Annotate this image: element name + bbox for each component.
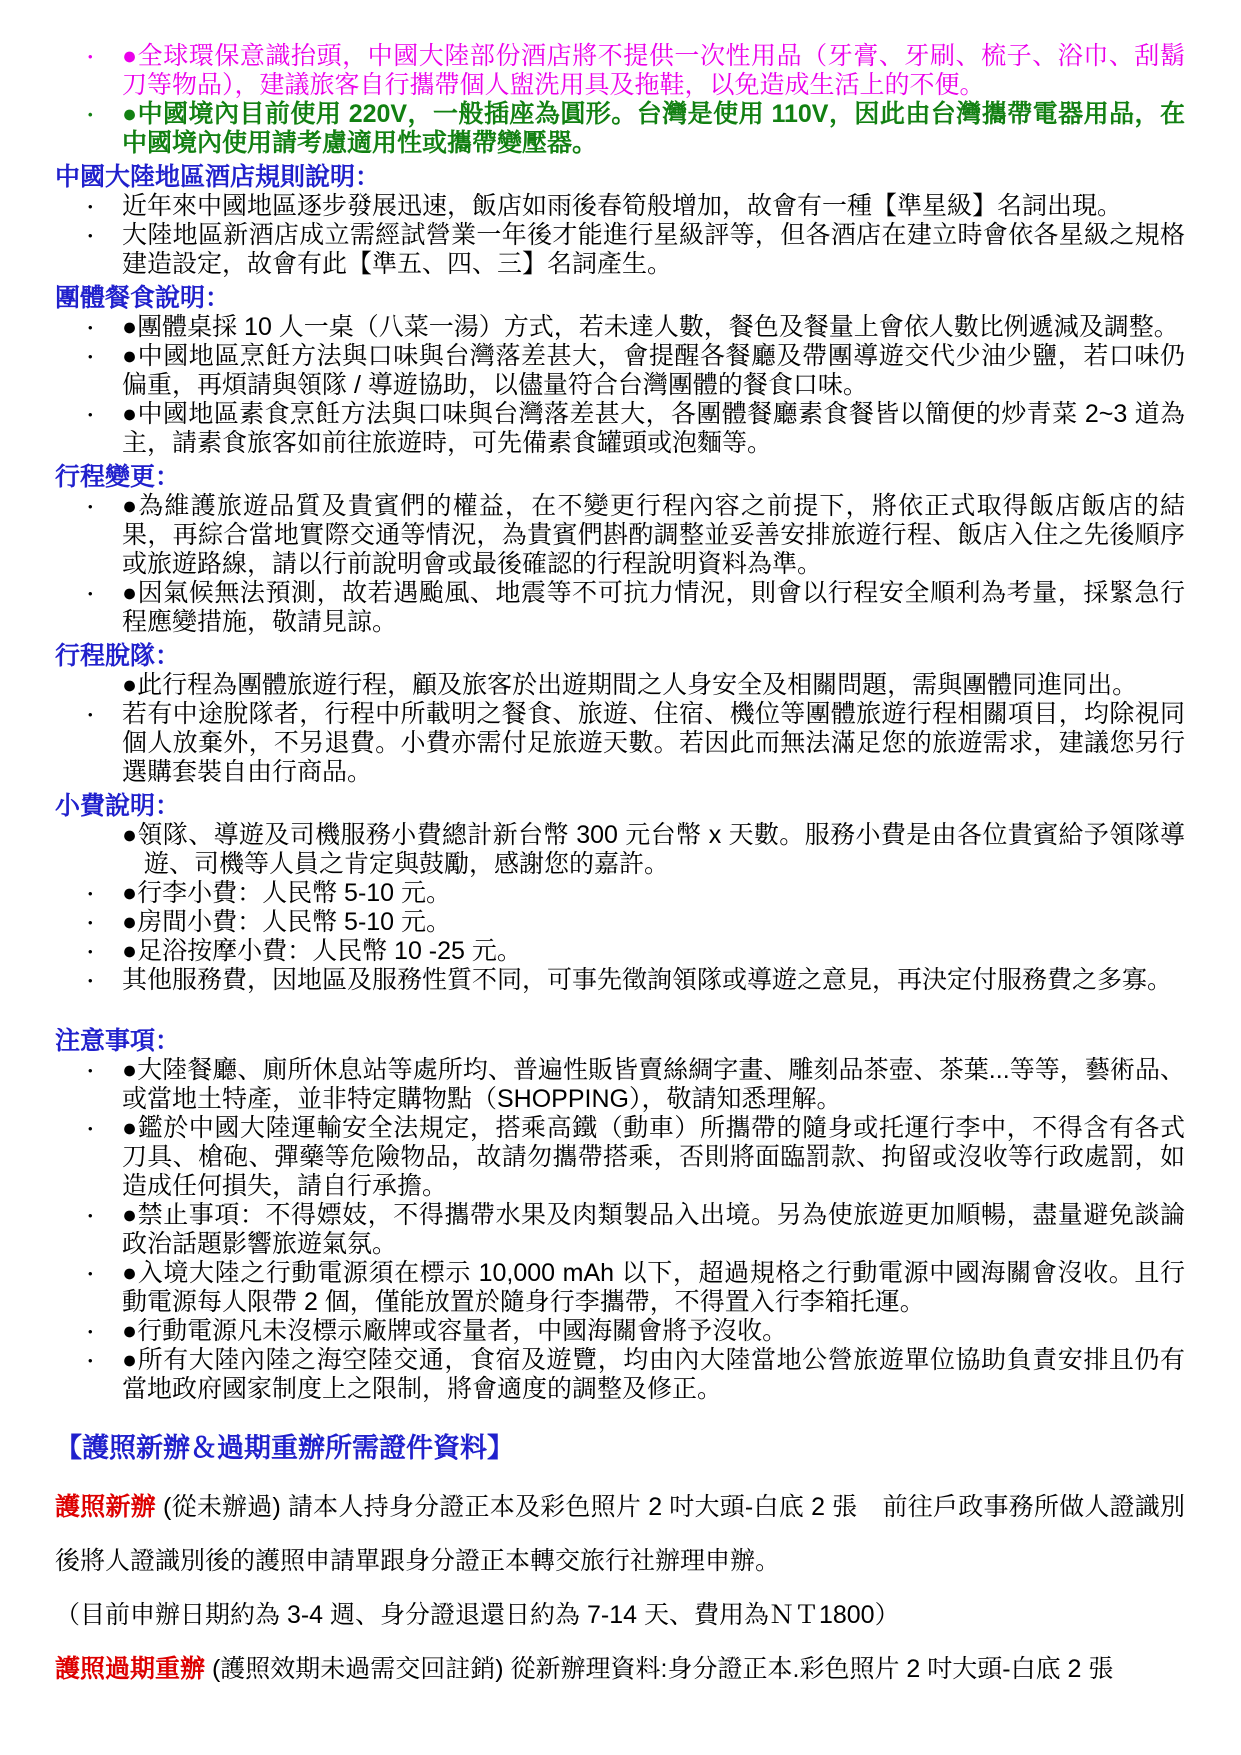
lead-paragraph: ●此行程為團體旅遊行程，顧及旅客於出遊期間之人身安全及相關問題，需與團體同進同出… [122,671,1185,700]
passport-new-text: (從未辦過) 請本人持身分證正本及彩色照片 2 吋大頭-白底 2 張 前往戶政事… [55,1493,1185,1575]
bullet-item: • ●為維護旅遊品質及貴賓們的權益，在不變更行程內容之前提下，將依正式取得飯店飯… [55,492,1185,579]
item-text: ●入境大陸之行動電源須在標示 10,000 mAh 以下，超過規格之行動電源中國… [122,1259,1185,1317]
item-text: ●大陸餐廳、廁所休息站等處所均、普遍性販皆賣絲綢字畫、雕刻品茶壺、茶葉...等等… [122,1056,1185,1114]
bullet-dot: • [88,966,122,995]
bullet-item: • 若有中途脫隊者，行程中所載明之餐食、旅遊、住宿、機位等團體旅遊行程相關項目，… [55,700,1185,787]
item-text: ●所有大陸內陸之海空陸交通，食宿及遊覽，均由內大陸當地公營旅遊單位協助負責安排且… [122,1346,1185,1404]
bullet-dot: • [88,342,122,400]
item-text: 近年來中國地區逐步發展迅速，飯店如雨後春筍般增加，故會有一種【準星級】名詞出現。 [122,192,1185,221]
bullet-item: • 大陸地區新酒店成立需經試營業一年後才能進行星級評等，但各酒店在建立時會依各星… [55,221,1185,279]
bullet-dot: • [88,221,122,279]
item-text: 若有中途脫隊者，行程中所載明之餐食、旅遊、住宿、機位等團體旅遊行程相關項目，均除… [122,700,1185,787]
bullet-item: • ●中國地區素食烹飪方法與口味與台灣落差甚大，各團體餐廳素食餐皆以簡便的炒青菜… [55,400,1185,458]
bullet-dot: • [88,100,122,158]
bullet-item: • ●足浴按摩小費：人民幣 10 -25 元。 [55,937,1185,966]
bullet-item: • ●因氣候無法預測，故若遇颱風、地震等不可抗力情況，則會以行程安全順利為考量，… [55,579,1185,637]
section-itinerary-change: 行程變更： • ●為維護旅遊品質及貴賓們的權益，在不變更行程內容之前提下，將依正… [55,463,1185,637]
bullet-dot: • [88,1056,122,1114]
bullet-item: • ●團體桌採 10 人一桌（八菜一湯）方式，若未達人數，餐色及餐量上會依人數比… [55,313,1185,342]
bullet-dot: • [88,579,122,637]
bullet-dot: • [88,313,122,342]
section-leaving-group: 行程脫隊： ●此行程為團體旅遊行程，顧及旅客於出遊期間之人身安全及相關問題，需與… [55,642,1185,787]
section-heading: 行程脫隊： [55,642,1185,671]
bullet-item: • ●中國地區烹飪方法與口味與台灣落差甚大，會提醒各餐廳及帶團導遊交代少油少鹽，… [55,342,1185,400]
bullet-dot: • [88,400,122,458]
bullet-dot: • [88,192,122,221]
bullet-item: • ●鑑於中國大陸運輸安全法規定，搭乘高鐵（動車）所攜帶的隨身或托運行李中，不得… [55,1114,1185,1201]
bullet-dot: • [88,42,122,100]
bullet-item: • 其他服務費，因地區及服務性質不同，可事先徵詢領隊或導遊之意見，再決定付服務費… [55,966,1185,995]
passport-renew-paragraph: 護照過期重辦 (護照效期未過需交回註銷) 從新辦理資料:身分證正本.彩色照片 2… [55,1642,1185,1696]
item-text: ●因氣候無法預測，故若遇颱風、地震等不可抗力情況，則會以行程安全順利為考量，採緊… [122,579,1185,637]
bullet-dot: • [88,908,122,937]
bullet-item: • ●入境大陸之行動電源須在標示 10,000 mAh 以下，超過規格之行動電源… [55,1259,1185,1317]
bullet-item: • ●大陸餐廳、廁所休息站等處所均、普遍性販皆賣絲綢字畫、雕刻品茶壺、茶葉...… [55,1056,1185,1114]
bullet-dot: • [88,700,122,787]
item-text: ●行李小費：人民幣 5-10 元。 [122,879,1185,908]
passport-renew-text: (護照效期未過需交回註銷) 從新辦理資料:身分證正本.彩色照片 2 吋大頭-白底… [205,1655,1113,1683]
section-heading: 注意事項： [55,1027,1185,1056]
item-text: ●鑑於中國大陸運輸安全法規定，搭乘高鐵（動車）所攜帶的隨身或托運行李中，不得含有… [122,1114,1185,1201]
passport-new-label: 護照新辦 [55,1493,156,1521]
bullet-item: • ●禁止事項：不得嫖妓，不得攜帶水果及肉類製品入出境。另為使旅遊更加順暢，盡量… [55,1201,1185,1259]
bullet-dot: • [88,1346,122,1404]
passport-title: 【護照新辦＆過期重辦所需證件資料】 [55,1430,1185,1466]
passport-section: 【護照新辦＆過期重辦所需證件資料】 護照新辦 (從未辦過) 請本人持身分證正本及… [55,1430,1185,1696]
bullet-item: • 近年來中國地區逐步發展迅速，飯店如雨後春筍般增加，故會有一種【準星級】名詞出… [55,192,1185,221]
item-text: ●禁止事項：不得嫖妓，不得攜帶水果及肉類製品入出境。另為使旅遊更加順暢，盡量避免… [122,1201,1185,1259]
bullet-dot: • [88,937,122,966]
notice-item-eco: • ●全球環保意識抬頭，中國大陸部份酒店將不提供一次性用品（牙膏、牙刷、梳子、浴… [55,42,1185,100]
section-heading: 團體餐食說明： [55,284,1185,313]
item-text: ●中國地區烹飪方法與口味與台灣落差甚大，會提醒各餐廳及帶團導遊交代少油少鹽，若口… [122,342,1185,400]
bullet-dot: • [88,492,122,579]
bullet-item: • ●所有大陸內陸之海空陸交通，食宿及遊覽，均由內大陸當地公營旅遊單位協助負責安… [55,1346,1185,1404]
bullet-item: • ●房間小費：人民幣 5-10 元。 [55,908,1185,937]
item-text: ●房間小費：人民幣 5-10 元。 [122,908,1185,937]
item-text: 其他服務費，因地區及服務性質不同，可事先徵詢領隊或導遊之意見，再決定付服務費之多… [122,966,1185,995]
notice-item-voltage: • ●中國境內目前使用 220V，一般插座為圓形。台灣是使用 110V，因此由台… [55,100,1185,158]
bullet-dot: • [88,1317,122,1346]
bullet-item: • ●行李小費：人民幣 5-10 元。 [55,879,1185,908]
section-heading: 行程變更： [55,463,1185,492]
section-heading: 小費說明： [55,792,1185,821]
passport-renew-label: 護照過期重辦 [55,1655,205,1683]
item-text: ●團體桌採 10 人一桌（八菜一湯）方式，若未達人數，餐色及餐量上會依人數比例遞… [122,313,1185,342]
bullet-item: • ●行動電源凡未沒標示廠牌或容量者，中國海關會將予沒收。 [55,1317,1185,1346]
bullet-dot: • [88,1114,122,1201]
section-hotel-rules: 中國大陸地區酒店規則說明： • 近年來中國地區逐步發展迅速，飯店如雨後春筍般增加… [55,163,1185,279]
item-text: ●足浴按摩小費：人民幣 10 -25 元。 [122,937,1185,966]
document-page: • ●全球環保意識抬頭，中國大陸部份酒店將不提供一次性用品（牙膏、牙刷、梳子、浴… [0,0,1241,1755]
notice-text: ●全球環保意識抬頭，中國大陸部份酒店將不提供一次性用品（牙膏、牙刷、梳子、浴巾、… [122,42,1185,100]
bullet-dot: • [88,1201,122,1259]
item-text: ●行動電源凡未沒標示廠牌或容量者，中國海關會將予沒收。 [122,1317,1185,1346]
bullet-dot: • [88,1259,122,1317]
passport-processing-note: （目前申辦日期約為 3-4 週、身分證退還日約為 7-14 天、費用為ＮＴ180… [55,1588,1185,1642]
section-tips: 小費說明： ●領隊、導遊及司機服務小費總計新台幣 300 元台幣 x 天數。服務… [55,792,1185,995]
section-notes: 注意事項： • ●大陸餐廳、廁所休息站等處所均、普遍性販皆賣絲綢字畫、雕刻品茶壺… [55,1027,1185,1404]
passport-new-paragraph: 護照新辦 (從未辦過) 請本人持身分證正本及彩色照片 2 吋大頭-白底 2 張 … [55,1480,1185,1588]
item-text: 大陸地區新酒店成立需經試營業一年後才能進行星級評等，但各酒店在建立時會依各星級之… [122,221,1185,279]
section-group-meals: 團體餐食說明： • ●團體桌採 10 人一桌（八菜一湯）方式，若未達人數，餐色及… [55,284,1185,458]
item-text: ●中國地區素食烹飪方法與口味與台灣落差甚大，各團體餐廳素食餐皆以簡便的炒青菜 2… [122,400,1185,458]
item-text: ●為維護旅遊品質及貴賓們的權益，在不變更行程內容之前提下，將依正式取得飯店飯店的… [122,492,1185,579]
notice-text: ●中國境內目前使用 220V，一般插座為圓形。台灣是使用 110V，因此由台灣攜… [122,100,1185,158]
bullet-dot: • [88,879,122,908]
section-heading: 中國大陸地區酒店規則說明： [55,163,1185,192]
lead-paragraph: ●領隊、導遊及司機服務小費總計新台幣 300 元台幣 x 天數。服務小費是由各位… [122,821,1185,879]
